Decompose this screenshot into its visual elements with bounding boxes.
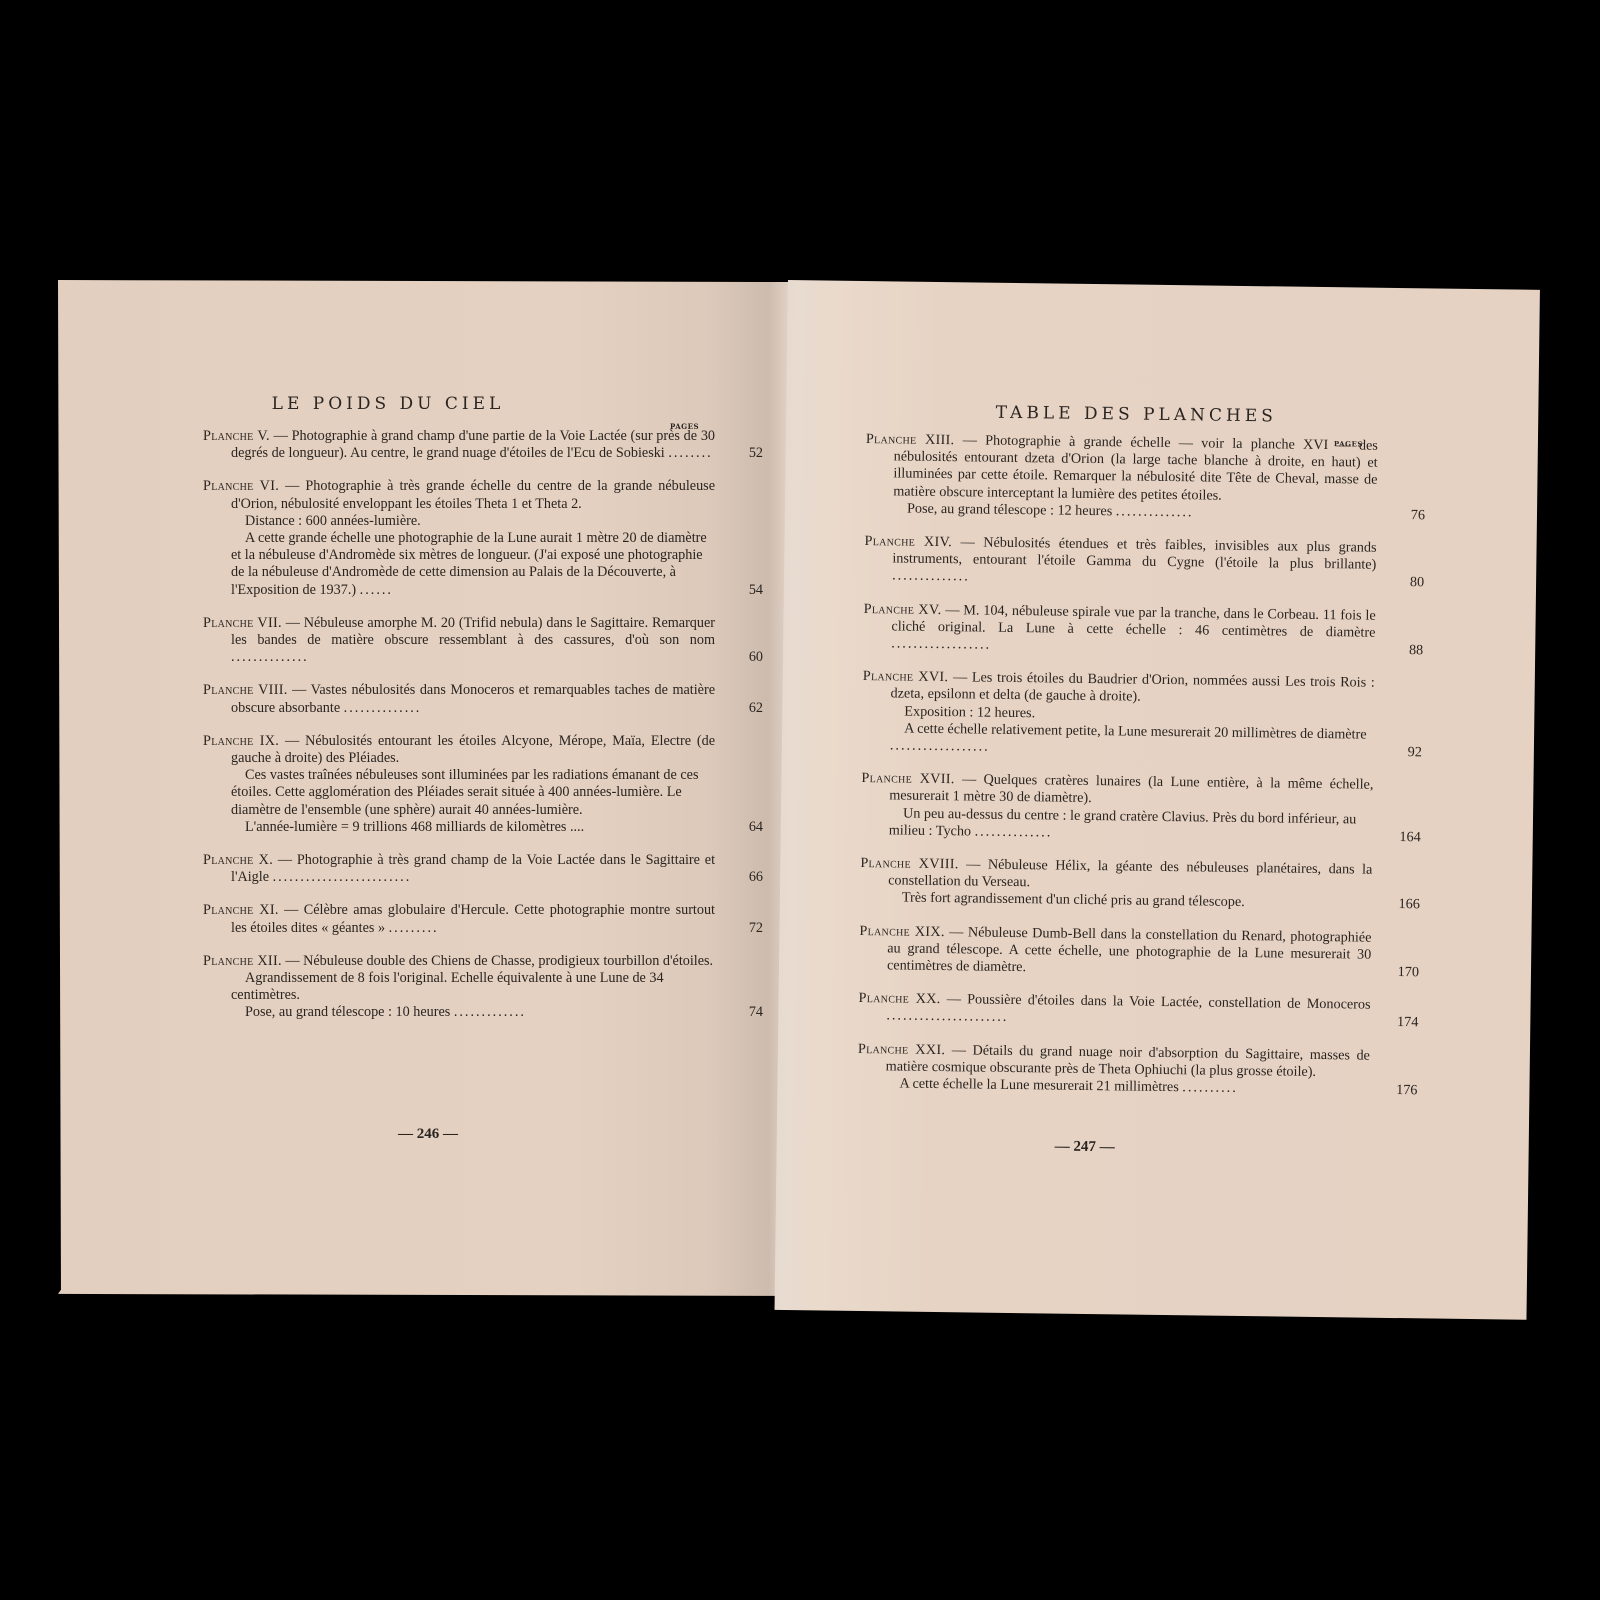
plate-entry: Planche XIX. — Nébuleuse Dumb-Bell dans … — [859, 923, 1420, 982]
page-number: 166 — [1380, 896, 1420, 914]
page-number: 62 — [723, 700, 763, 717]
plate-description: — Photographie à très grande échelle du … — [231, 478, 715, 511]
plate-entry: Planche X. — Photographie à très grand c… — [203, 852, 763, 886]
plate-entry: Planche VIII. — Vastes nébulosités dans … — [203, 682, 763, 716]
plate-description: — Nébuleuse Hélix, la géante des nébuleu… — [888, 856, 1372, 890]
page-number: 60 — [723, 649, 763, 666]
plate-label: Planche XVI. — [863, 668, 949, 685]
plate-label: Planche X. — [203, 852, 273, 868]
page-number: 54 — [723, 582, 763, 599]
plate-note: Pose, au grand télescope : 12 heures — [907, 500, 1112, 519]
plate-entry: Planche XV. — M. 104, nébuleuse spirale … — [863, 601, 1424, 660]
page-number: 52 — [723, 445, 763, 462]
plate-label: Planche XIX. — [859, 923, 944, 940]
plate-entry: Planche XVI. — Les trois étoiles du Baud… — [862, 668, 1423, 761]
plate-label: Planche XVII. — [861, 770, 954, 787]
page-number: 74 — [723, 1004, 763, 1021]
plate-entry: Planche VII. — Nébuleuse amorphe M. 20 (… — [203, 615, 763, 667]
plate-label: Planche IX. — [203, 733, 279, 749]
plate-entry: Planche XI. — Célèbre amas globulaire d'… — [203, 902, 763, 936]
plate-note: Distance : 600 années-lumière. — [231, 513, 715, 530]
plate-description: — Quelques cratères lunaires (la Lune en… — [889, 772, 1373, 807]
plate-entry: Planche XIII. — Photographie à grande éc… — [865, 431, 1426, 524]
plate-entry: Planche XVIII. — Nébuleuse Hélix, la géa… — [860, 855, 1421, 914]
plate-note: A cette grande échelle une photographie … — [231, 530, 707, 598]
page-number: 164 — [1381, 829, 1421, 847]
plate-description: — Nébulosités entourant les étoiles Alcy… — [231, 733, 715, 766]
plate-entry: Planche XII. — Nébuleuse double des Chie… — [203, 953, 763, 1022]
right-page: TABLE DES PLANCHES PAGES Planche XIII. —… — [775, 280, 1540, 1320]
plate-description: — M. 104, nébuleuse spirale vue par la t… — [891, 602, 1375, 641]
plate-description: — Nébuleuse double des Chiens de Chasse,… — [285, 953, 713, 969]
plate-label: Planche XVIII. — [860, 855, 959, 872]
plate-description: — Vastes nébulosités dans Monoceros et r… — [231, 682, 715, 715]
plate-description: — Poussière d'étoiles dans la Voie Lacté… — [947, 991, 1371, 1013]
page-folio: — 247 — — [1055, 1139, 1115, 1157]
running-title: TABLE DES PLANCHES — [826, 401, 1446, 429]
plate-label: Planche XX. — [858, 990, 940, 1007]
plate-label: Planche V. — [203, 428, 270, 444]
plate-list: Planche V. — Photographie à grand champ … — [203, 428, 763, 1038]
plate-list: Planche XIII. — Photographie à grande éc… — [857, 431, 1426, 1116]
page-folio: — 246 — — [398, 1126, 458, 1143]
page-number: 170 — [1379, 964, 1419, 982]
plate-label: Planche VII. — [203, 615, 282, 631]
page-number: 72 — [723, 920, 763, 937]
plate-label: Planche VIII. — [203, 682, 288, 698]
running-title: LE POIDS DU CIEL — [58, 394, 718, 414]
left-page: LE POIDS DU CIEL PAGES Planche V. — Phot… — [58, 280, 798, 1300]
page-number: 80 — [1384, 574, 1424, 592]
plate-description: — Nébulosités étendues et très faibles, … — [892, 534, 1376, 573]
plate-note: A cette échelle la Lune mesurerait 21 mi… — [899, 1076, 1178, 1096]
plate-note: Un peu au-dessus du centre : le grand cr… — [889, 805, 1357, 839]
plate-description: — Nébuleuse amorphe M. 20 (Trifid nebula… — [231, 615, 715, 648]
plate-entry: Planche VI. — Photographie à très grande… — [203, 478, 763, 598]
plate-entry: Planche XXI. — Détails du grand nuage no… — [857, 1041, 1418, 1100]
plate-note: Ces vastes traînées nébuleuses sont illu… — [231, 767, 715, 819]
plate-label: Planche VI. — [203, 478, 279, 494]
plate-entry: Planche XIV. — Nébulosités étendues et t… — [864, 533, 1425, 592]
plate-note: Agrandissement de 8 fois l'original. Ech… — [231, 970, 715, 1004]
plate-description: — Photographie à grande échelle — voir l… — [893, 432, 1378, 503]
plate-description: — Nébuleuse Dumb-Bell dans la constellat… — [887, 924, 1372, 975]
plate-note: Pose, au grand télescope : 10 heures — [245, 1004, 450, 1020]
plate-description: — Les trois étoiles du Baudrier d'Orion,… — [890, 669, 1374, 705]
plate-label: Planche XXI. — [858, 1041, 946, 1058]
page-number: 76 — [1385, 507, 1425, 525]
plate-entry: Planche XX. — Poussière d'étoiles dans l… — [858, 990, 1418, 1032]
plate-label: Planche XI. — [203, 902, 279, 918]
plate-entry: Planche V. — Photographie à grand champ … — [203, 428, 763, 462]
plate-entry: Planche IX. — Nébulosités entourant les … — [203, 733, 763, 836]
page-number: 174 — [1378, 1014, 1418, 1032]
page-number: 64 — [723, 819, 763, 836]
page-number: 92 — [1382, 744, 1422, 762]
plate-description: — Célèbre amas globulaire d'Hercule. Cet… — [231, 902, 715, 935]
plate-label: Planche XII. — [203, 953, 282, 969]
page-number: 88 — [1383, 642, 1423, 660]
plate-description: — Détails du grand nuage noir d'absorpti… — [886, 1042, 1370, 1080]
page-number: 176 — [1377, 1082, 1417, 1100]
plate-label: Planche XIII. — [866, 431, 955, 448]
plate-description: — Photographie à grand champ d'une parti… — [231, 428, 715, 461]
page-number: 66 — [723, 869, 763, 886]
plate-label: Planche XIV. — [864, 533, 952, 550]
plate-label: Planche XV. — [864, 601, 942, 618]
plate-entry: Planche XVII. — Quelques cratères lunair… — [861, 770, 1422, 846]
plate-note: L'année-lumière = 9 trillions 468 millia… — [231, 819, 715, 836]
